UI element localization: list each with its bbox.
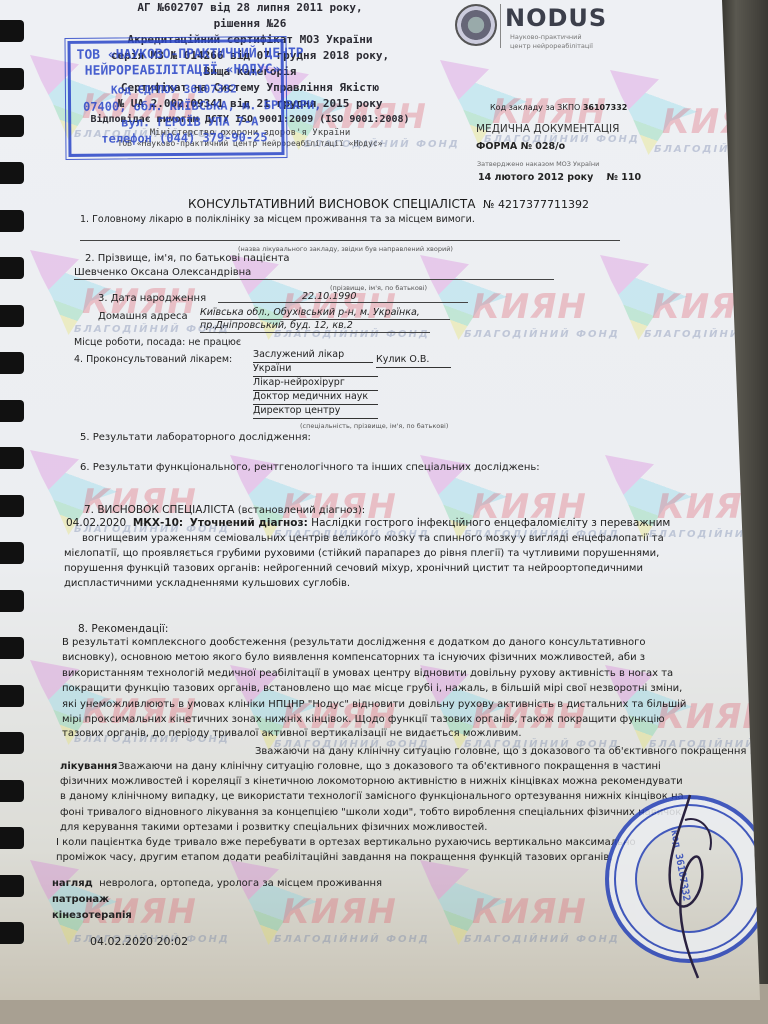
- workplace-line: Місце роботи, посада: не працює: [74, 336, 241, 350]
- blank-line: [80, 240, 620, 241]
- form-number: ФОРМА № 028/о: [476, 140, 565, 154]
- recommendation-line: покращити функцію тазових органів, встан…: [62, 681, 682, 697]
- spiral-ring: [0, 685, 24, 707]
- edrpou-line: Код закладу за ЗКПО 36107332: [490, 101, 627, 115]
- spiral-ring: [0, 210, 24, 232]
- treatment-line: фізичних можливостей і кореляції з кінет…: [60, 774, 683, 790]
- diagnosis-line: мієлопатії, що проявляється грубими рухо…: [64, 546, 659, 562]
- spiral-ring: [0, 20, 24, 42]
- recommendation-line: тазових органів, до періоду тривалої акт…: [62, 726, 522, 742]
- signed-datetime: 04.02.2020 20:02: [90, 935, 188, 949]
- observation-line: нагляд невролога, ортопеда, уролога за м…: [52, 877, 382, 891]
- spiral-ring: [0, 400, 24, 422]
- spiral-ring: [0, 352, 24, 374]
- address-label: Домашня адреса: [98, 310, 188, 324]
- doctor-title: України: [253, 362, 378, 377]
- recommendation-line: В результаті комплексного дообстеження (…: [62, 635, 645, 651]
- doctor-title: Заслужений лікар: [253, 348, 373, 363]
- doctor-name: Кулик О.В.: [376, 353, 451, 368]
- blank-line: [218, 302, 468, 303]
- spiral-ring: [0, 68, 24, 90]
- diagnosis-line: диспластичними ускладненнями кульшових с…: [64, 576, 350, 592]
- recommendation-line: висновку), основною метою якого було вия…: [62, 650, 645, 666]
- doctor-title: Доктор медичних наук: [253, 390, 378, 405]
- item-1-recipient: 1. Головному лікарю в поліклініку за міс…: [80, 213, 475, 227]
- diagnosis-line-1: 04.02.2020 МКХ-10: Уточнений діагноз: На…: [66, 516, 670, 532]
- treatment-line: Зважаючи на дану клінічну ситуацію голов…: [70, 744, 768, 760]
- approved-by-line: Затверджено наказом МОЗ України: [477, 157, 599, 171]
- spiral-ring: [0, 590, 24, 612]
- spiral-ring: [0, 827, 24, 849]
- doctor-title: Директор центру: [253, 404, 378, 419]
- spiral-ring: [0, 495, 24, 517]
- spiral-ring: [0, 875, 24, 897]
- spiral-ring: [0, 162, 24, 184]
- item-4-label: 4. Проконсультований лікарем:: [74, 353, 232, 367]
- hint-text: (спеціальність, прізвище, ім'я, по батьк…: [300, 419, 448, 433]
- document-page: КИЯНБЛАГОДІЙНИЙ ФОНД КИЯНБЛАГОДІЙНИЙ ФОН…: [0, 0, 768, 1000]
- spiral-ring: [0, 542, 24, 564]
- doctor-title: Лікар-нейрохірург: [253, 376, 378, 391]
- diagnosis-line: вогнищевим ураженням семіовальних центрі…: [82, 531, 664, 547]
- treatment-line: для керування такими ортезами і розвитку…: [60, 820, 487, 836]
- blank-line: [200, 332, 430, 333]
- treatment-line: в даному клінічному випадку, це використ…: [60, 789, 684, 805]
- spiral-ring: [0, 305, 24, 327]
- order-date-line: 14 лютого 2012 року № 110: [478, 171, 641, 185]
- recommendation-line: використанням технологій медичної реабіл…: [62, 666, 673, 682]
- blank-line: [74, 279, 554, 280]
- item-5-label: 5. Результати лабораторного дослідження:: [80, 431, 311, 445]
- patient-name: Шевченко Оксана Олександрівна: [74, 266, 251, 280]
- organization-stamp: ТОВ «НАУКОВО-ПРАКТИЧНИЙ ЦЕНТР НЕЙРОРЕАБІ…: [67, 39, 284, 157]
- address-line-1: Київська обл., Обухівський р-н, м. Украї…: [200, 306, 420, 320]
- birth-date-label: 3. Дата народження: [98, 292, 206, 306]
- treatment-line: проміжок часу, другим етапом додати реаб…: [56, 850, 612, 866]
- nodus-logo-text: NODUS: [505, 4, 607, 32]
- treatment-line: Зважаючи на дану клінічну ситуацію голов…: [118, 759, 661, 775]
- item-8-heading: 8. Рекомендації:: [78, 622, 168, 636]
- address-line-2: пр.Дніпровський, буд. 12, кв.2: [200, 319, 353, 333]
- document-title: КОНСУЛЬТАТИВНИЙ ВИСНОВОК СПЕЦІАЛІСТА № 4…: [188, 197, 589, 212]
- license-line: АГ №602707 від 28 липня 2011 року,: [80, 0, 420, 16]
- kinesiotherapy-label: кінезотерапія: [52, 909, 132, 923]
- spiral-ring: [0, 637, 24, 659]
- spiral-ring: [0, 257, 24, 279]
- license-line: рішення №26: [80, 16, 420, 32]
- spiral-ring: [0, 732, 24, 754]
- nodus-subtitle: Науково-практичний центр нейрореабілітац…: [510, 33, 593, 51]
- spiral-ring: [0, 780, 24, 802]
- spiral-ring: [0, 115, 24, 137]
- diagnosis-line: порушення функцій тазових органів: нейро…: [64, 561, 643, 577]
- recommendation-line: які унеможливлюють в умовах клініки НПЦН…: [62, 697, 686, 713]
- spiral-ring: [0, 922, 24, 944]
- treatment-line: І коли пацієнтка буде тривало вже перебу…: [56, 835, 636, 851]
- patronage-label: патронаж: [52, 893, 109, 907]
- logo-divider: [500, 4, 501, 48]
- spiral-ring: [0, 447, 24, 469]
- item-6-label: 6. Результати функціонального, рентгенол…: [80, 461, 540, 475]
- treatment-line: фоні тривалого відновного лікування за к…: [60, 805, 681, 821]
- signature-icon: [640, 790, 740, 980]
- treatment-line-1: лікування фізичних можливостей і кореляц…: [60, 759, 124, 775]
- item-2-label: 2. Прізвище, ім'я, по батькові пацієнта: [85, 252, 290, 266]
- medical-documentation-label: МЕДИЧНА ДОКУМЕНТАЦІЯ: [476, 122, 619, 136]
- nodus-emblem-icon: [455, 4, 497, 46]
